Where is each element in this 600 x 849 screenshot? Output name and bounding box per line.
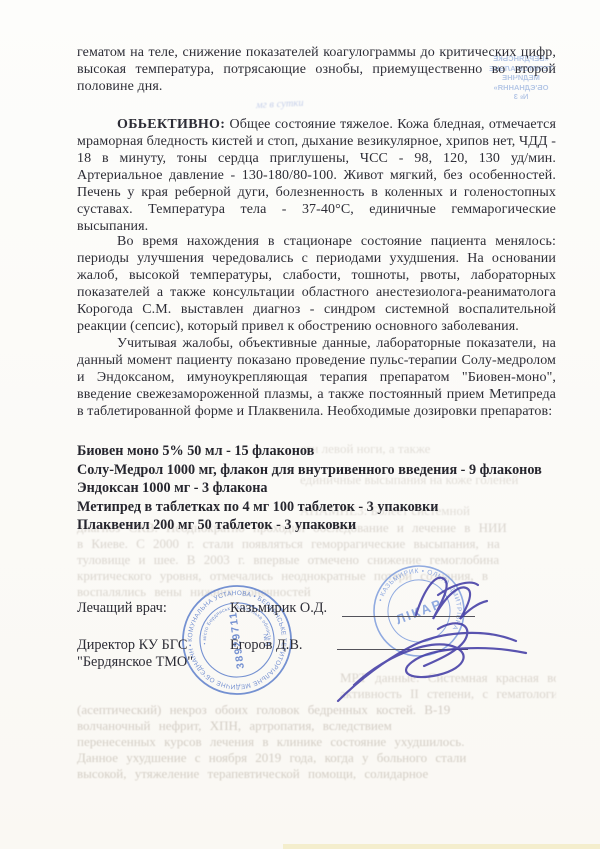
showthrough-text: критического уровня, отмечались неоднокр…	[77, 568, 556, 584]
showthrough-handwriting: мг в сутки	[256, 98, 304, 111]
attending-doctor-label: Лечащий врач:	[77, 600, 167, 617]
scan-edge-artifact	[283, 844, 600, 849]
showthrough-text: волчаночный нефрит, ХПН, артропатия, всл…	[77, 718, 556, 734]
showthrough-text: МРТ данные: Системная красная волчанка	[340, 670, 556, 686]
director-organization: "Бердянское ТМО"	[77, 654, 193, 671]
showthrough-text: воспалялись вены нижних конечностей	[77, 584, 556, 600]
paragraph-treatment-plan: Учитывая жалобы, объективные данные, лаб…	[77, 335, 556, 420]
director-label: Директор КУ БГС	[77, 637, 187, 654]
paragraph-hospital-course: Во время нахождения в стационаре состоян…	[77, 233, 556, 335]
medication-line: Плаквенил 200 мг 50 таблеток - 3 упаковк…	[77, 516, 577, 535]
objective-text: Общее состояние тяжелое. Кожа бледная, о…	[77, 117, 556, 234]
doctor-seal-stamp: • КАЗЬМИРИК • ОЛЬГА ДМИТРІВНА ЛІКАР	[371, 563, 467, 659]
medication-line: Эндоксан 1000 мг - 3 флакона	[77, 479, 577, 498]
signature-line	[337, 649, 468, 650]
attending-doctor-name: Казьмирик О.Д.	[230, 600, 327, 617]
medication-line: Солу-Медрол 1000 мг, флакон для внутриве…	[77, 461, 577, 480]
medication-line: Метипред в таблетках по 4 мг 100 таблето…	[77, 498, 577, 517]
showthrough-text: перенесенных курсов лечения в клинике со…	[77, 734, 556, 750]
svg-text:• КАЗЬМИРИК • ОЛЬГА ДМИТРІВНА: • КАЗЬМИРИК • ОЛЬГА ДМИТРІВНА	[375, 563, 467, 632]
org-seal-ring-text: • КОМУНАЛЬНА УСТАНОВА • БЕРДЯНСЬКЕ ТЕРИТ…	[167, 570, 293, 700]
objective-heading: ОБЬЕКТИВНО:	[117, 117, 225, 132]
showthrough-text: активность II степени, с гематологически…	[340, 686, 556, 702]
doctor-seal-center-text: ЛІКАР	[394, 596, 445, 627]
showthrough-text: (асептический) некроз обоих головок бедр…	[77, 702, 556, 718]
document-page: «БЕРДЯНСЬКЕ ТЕРИТОРІАЛЬНЕ МЕДИЧНЕ ОБ'ЄДН…	[0, 0, 600, 849]
showthrough-text: Данное ухудшение с ноября 2019 года, ког…	[77, 750, 556, 766]
showthrough-text: в Киеве. С 2000 г. стали появляться гемо…	[77, 536, 556, 552]
signature-ink	[320, 565, 560, 715]
doctor-seal-ring-text: • КАЗЬМИРИК • ОЛЬГА ДМИТРІВНА	[375, 563, 467, 632]
signature-line	[342, 616, 475, 617]
showthrough-text: туловище и шее. В 2003 г. впервые отмече…	[77, 552, 556, 568]
medication-line: Биовен моно 5% 50 мл - 15 флаконов	[77, 442, 577, 461]
paragraph-continuation: гематом на теле, снижение показателей ко…	[77, 44, 556, 95]
showthrough-text: высокой, утяжеление терапевтической помо…	[77, 766, 556, 782]
medication-list: Биовен моно 5% 50 мл - 15 флаконов Солу-…	[77, 442, 577, 535]
director-name: Егоров Д.В.	[230, 637, 302, 654]
paragraph-objective: ОБЬЕКТИВНО: Общее состояние тяжелое. Кож…	[77, 116, 556, 235]
svg-text:• КОМУНАЛЬНА УСТАНОВА • БЕРДЯН: • КОМУНАЛЬНА УСТАНОВА • БЕРДЯНСЬКЕ ТЕРИТ…	[167, 570, 293, 700]
